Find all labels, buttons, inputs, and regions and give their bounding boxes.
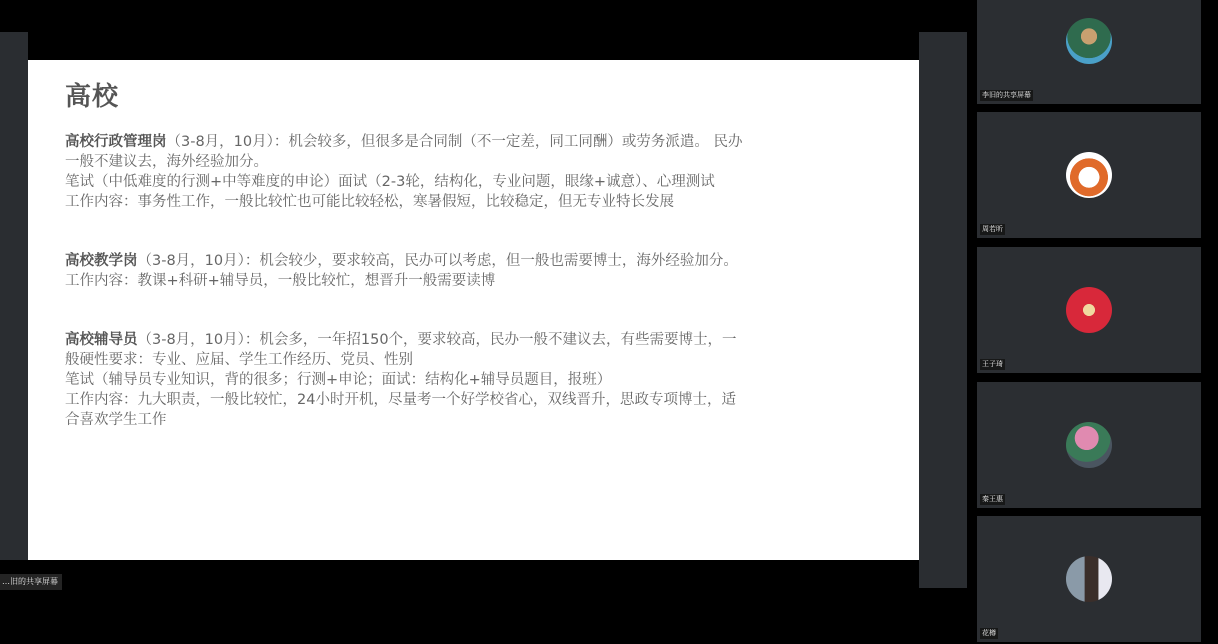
section-text: 工作内容：事务性工作，一般比较忙也可能比较轻松，寒暑假短，比较稳定，但无专业特长…: [65, 192, 883, 212]
participant-name: 花樽: [980, 628, 998, 639]
pink-hair-avatar-icon: [1066, 422, 1112, 468]
section-text: 般硬性要求：专业、应届、学生工作经历、党员、性别: [65, 350, 883, 370]
shared-slide: 高校 高校行政管理岗（3-8月，10月）：机会较多，但很多是合同制（不一定差，同…: [28, 60, 919, 560]
participant-name: 李旧的共享屏幕: [980, 90, 1033, 101]
section-text: 工作内容：教课+科研+辅导员，一般比较忙，想晋升一般需要读博: [65, 271, 883, 291]
photo-avatar-icon: [1066, 556, 1112, 602]
section-heading: 高校教学岗: [65, 253, 138, 269]
slide-title: 高校: [65, 80, 883, 114]
adjacent-video-right: [919, 32, 967, 588]
section-text: 工作内容：九大职责，一般比较忙，24小时开机，尽量考一个好学校省心，双线晋升，思…: [65, 390, 883, 410]
section-text: 一般不建议去，海外经验加分。: [65, 152, 883, 172]
section-text: （3-8月，10月）：机会多，一年招150个，要求较高，民办一般不建议去，有些需…: [138, 332, 737, 348]
section-heading: 高校辅导员: [65, 332, 138, 348]
section-text: （3-8月，10月）：机会较少，要求较高，民办可以考虑，但一般也需要博士，海外经…: [138, 253, 738, 269]
section-text: 笔试（辅导员专业知识，背的很多；行测+申论；面试：结构化+辅导员题目，报班）: [65, 370, 883, 390]
participant-tile[interactable]: 李旧的共享屏幕: [977, 0, 1201, 104]
section-text: （3-8月，10月）：机会较多，但很多是合同制（不一定差，同工同酬）或劳务派遣。…: [167, 134, 743, 150]
section-counselor: 高校辅导员（3-8月，10月）：机会多，一年招150个，要求较高，民办一般不建议…: [65, 330, 883, 430]
section-admin: 高校行政管理岗（3-8月，10月）：机会较多，但很多是合同制（不一定差，同工同酬…: [65, 132, 883, 212]
section-heading: 高校行政管理岗: [65, 134, 167, 150]
participant-tile[interactable]: 周若昕: [977, 112, 1201, 238]
participants-panel: 李旧的共享屏幕 周若昕 王子琦 秦王惠 花樽: [970, 0, 1218, 644]
section-text: 笔试（中低难度的行测+中等难度的申论）面试（2-3轮，结构化，专业问题，眼缘+诚…: [65, 172, 883, 192]
participant-tile[interactable]: 花樽: [977, 516, 1201, 642]
participant-tile[interactable]: 秦王惠: [977, 382, 1201, 508]
lucky-cat-avatar-icon: [1066, 287, 1112, 333]
participant-name: 秦王惠: [980, 494, 1005, 505]
participant-name: 王子琦: [980, 359, 1005, 370]
participant-tile[interactable]: 王子琦: [977, 247, 1201, 373]
anime-boy-avatar-icon: [1066, 18, 1112, 64]
adjacent-video-left: [0, 32, 28, 560]
cartoon-girl-avatar-icon: [1066, 152, 1112, 198]
participant-name: 周若昕: [980, 224, 1005, 235]
section-teaching: 高校教学岗（3-8月，10月）：机会较少，要求较高，民办可以考虑，但一般也需要博…: [65, 251, 883, 291]
shared-screen-owner-label: …旧的共享屏幕: [0, 574, 62, 590]
section-text: 合喜欢学生工作: [65, 410, 883, 430]
